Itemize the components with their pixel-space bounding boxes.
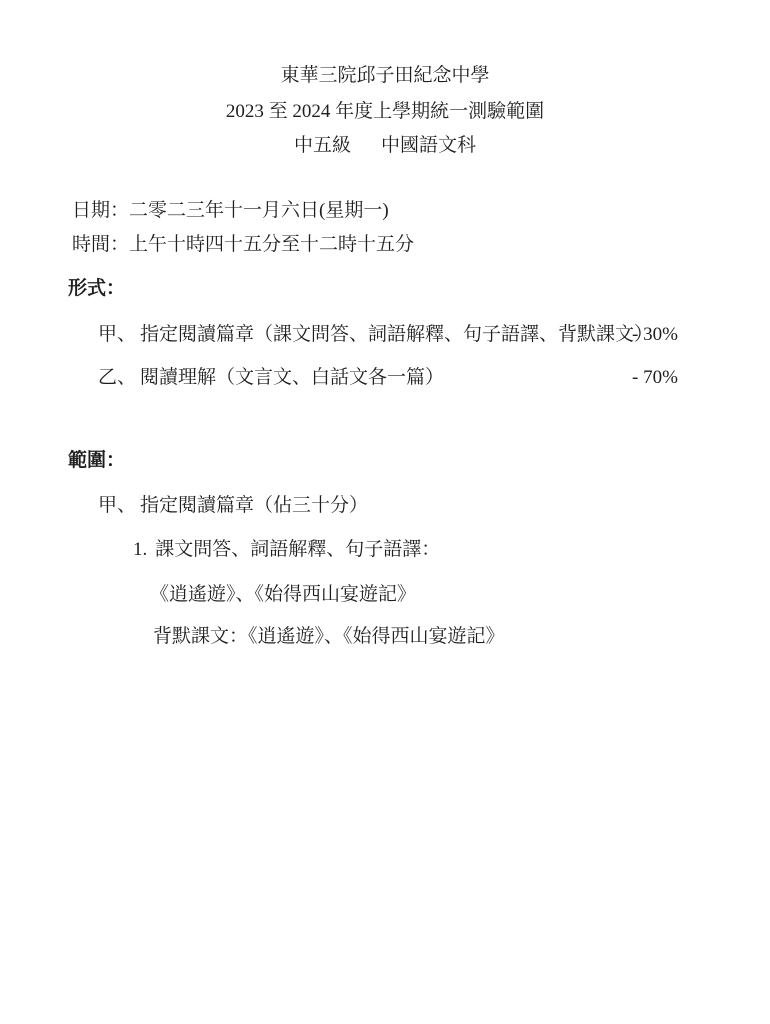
class-subject-line: 中五級中國語文科 <box>0 136 770 157</box>
scope-item-a: 甲、指定閱讀篇章（佔三十分） <box>98 496 368 517</box>
date-line: 日期：二零二三年十一月六日(星期一) <box>72 201 389 222</box>
scope-item-a-text: 指定閱讀篇章（佔三十分） <box>140 495 368 516</box>
format-item-b-percentage: - 70% <box>632 368 678 389</box>
scope-sub-item-text: 課文問答、詞語解釋、句子語譯： <box>155 539 440 560</box>
scope-item-a-label: 甲、 <box>98 495 136 516</box>
format-item-a-percentage: - 30% <box>632 325 678 346</box>
format-item-b: 乙、閱讀理解（文言文、白話文各一篇） <box>98 368 444 389</box>
scope-heading: 範圍： <box>68 451 125 472</box>
subject-name: 中國語文科 <box>381 135 476 156</box>
scope-sub-item: 1.課文問答、詞語解釋、句子語譯： <box>133 540 440 561</box>
format-item-b-label: 乙、 <box>98 367 136 388</box>
passages-line: 《逍遙遊》、《始得西山宴遊記》 <box>150 585 416 606</box>
format-item-a-text: 指定閱讀篇章（課文問答、詞語解釋、句子語譯、背默課文） <box>140 324 653 345</box>
time-line: 時間：上午十時四十五分至十二時十五分 <box>72 235 414 256</box>
format-item-b-text: 閱讀理解（文言文、白話文各一篇） <box>140 367 444 388</box>
format-item-a-label: 甲、 <box>98 324 136 345</box>
format-heading: 形式： <box>68 279 125 300</box>
class-level: 中五級 <box>294 135 351 156</box>
format-item-a: 甲、指定閱讀篇章（課文問答、詞語解釋、句子語譯、背默課文） <box>98 325 653 346</box>
school-name: 東華三院邱子田紀念中學 <box>0 66 770 87</box>
recitation-line: 背默課文：《逍遙遊》、《始得西山宴遊記》 <box>153 627 505 648</box>
scope-sub-item-number: 1. <box>133 539 147 560</box>
exam-title: 2023 至 2024 年度上學期統一測驗範圍 <box>0 102 770 123</box>
document-page: 東華三院邱子田紀念中學 2023 至 2024 年度上學期統一測驗範圍 中五級中… <box>0 0 770 1024</box>
